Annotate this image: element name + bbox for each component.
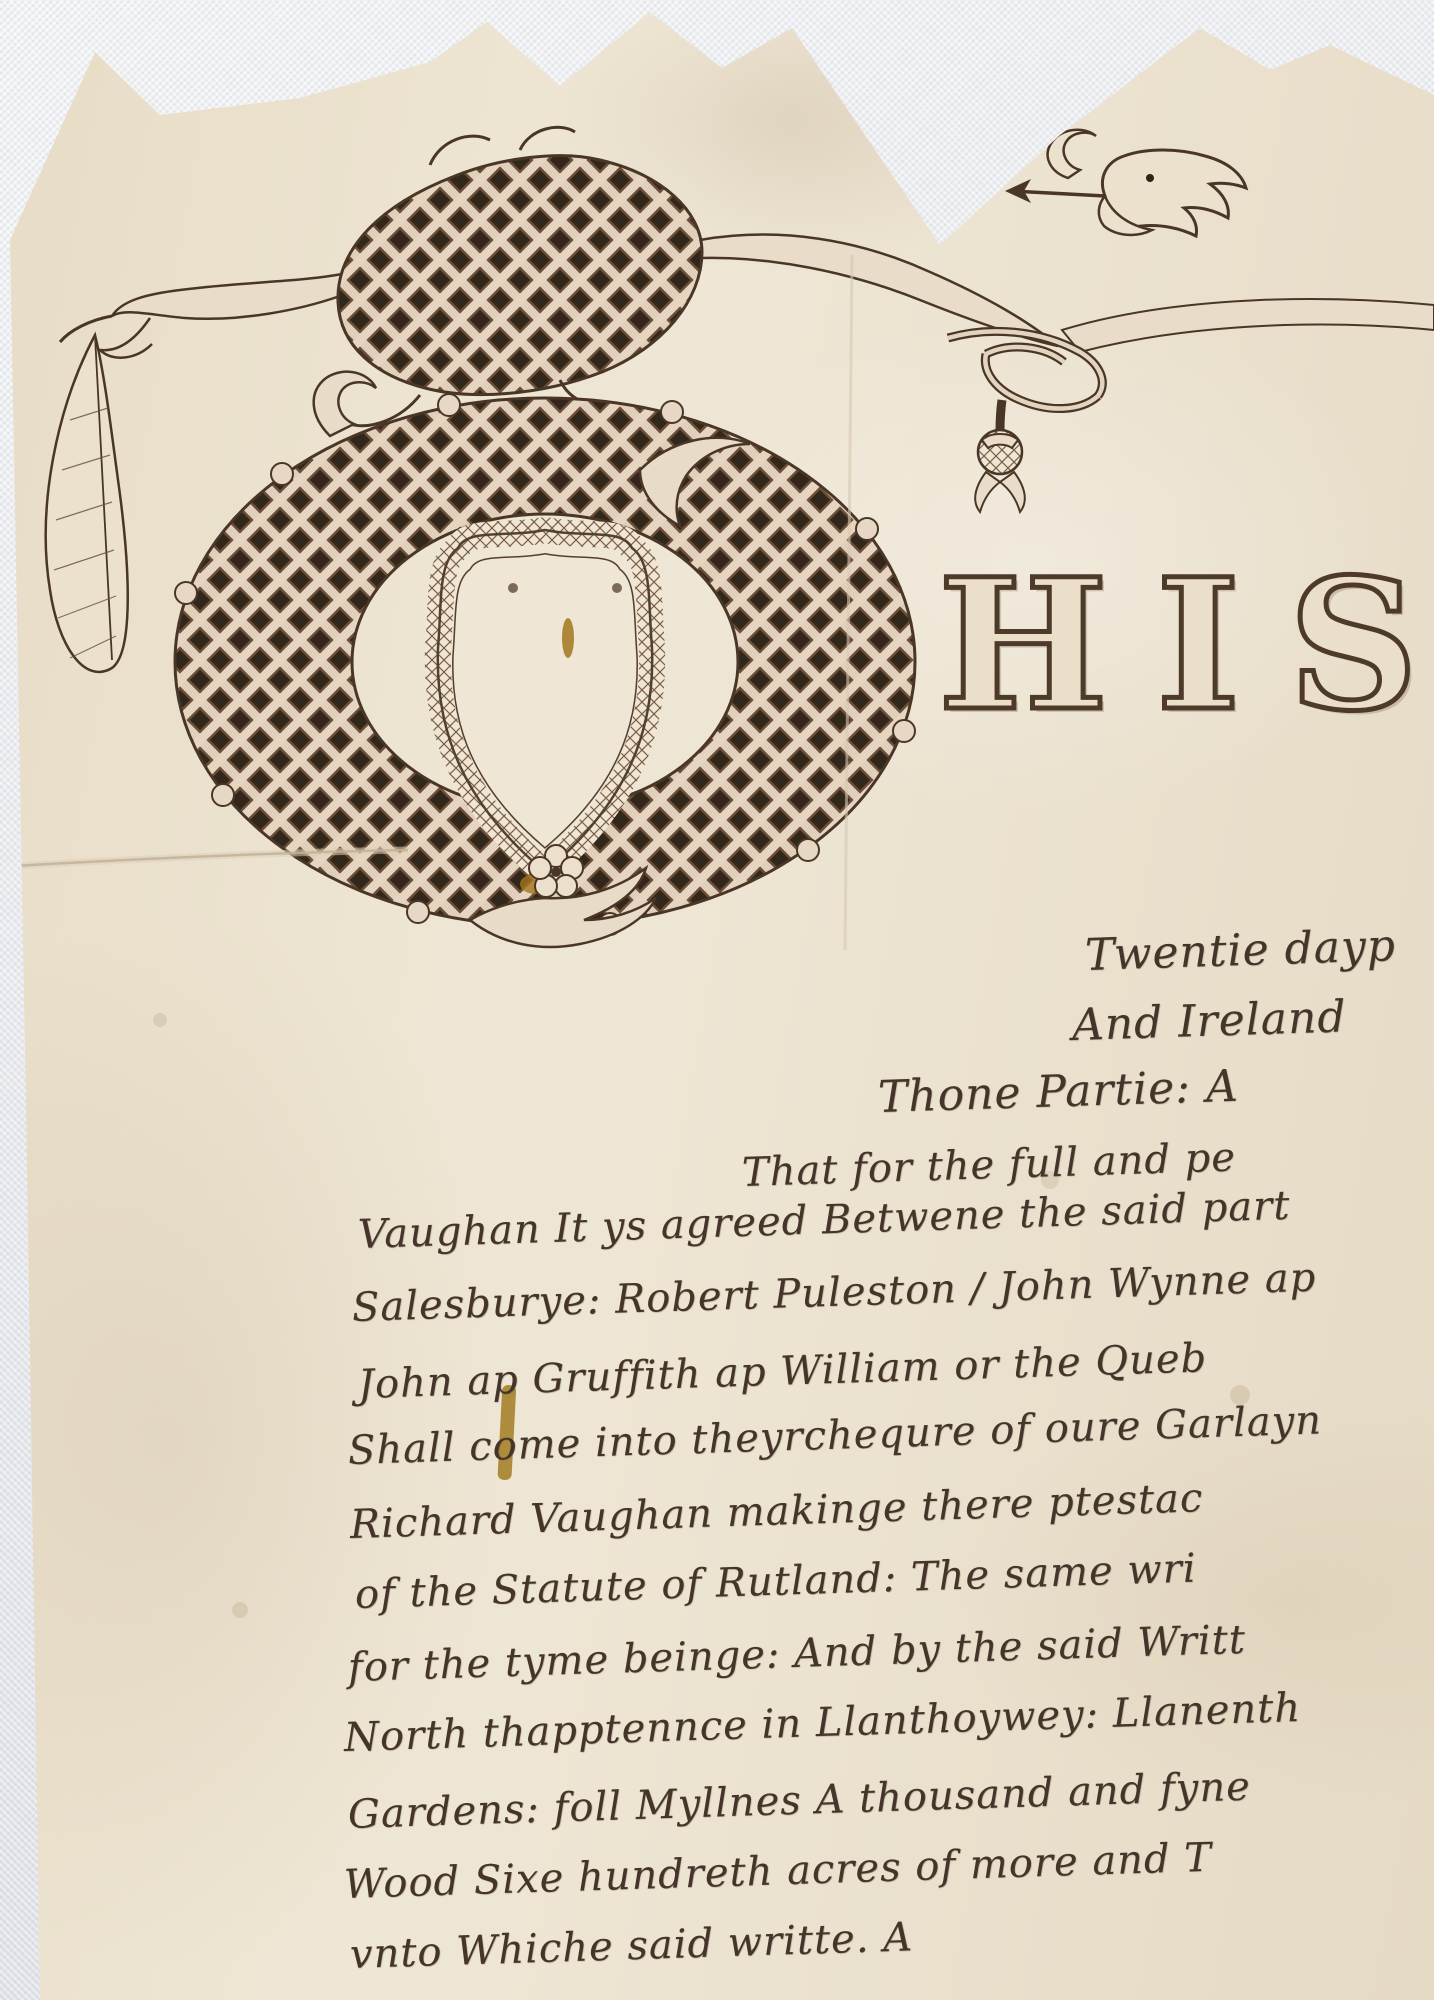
decorated-capitals: HIS: [938, 540, 1434, 751]
rope-tassel: [948, 331, 1102, 512]
parchment-deed: HIS Twentie dayp And Ireland Thone Parti…: [0, 0, 1434, 2000]
dragon-flourish: [1005, 130, 1246, 236]
feather-plume: [46, 335, 128, 672]
manuscript-line: And Ireland: [1071, 991, 1347, 1051]
manuscript-line: Twentie dayp: [1084, 920, 1396, 981]
gilt-stain: [562, 618, 574, 658]
photo-stage: HIS Twentie dayp And Ireland Thone Parti…: [0, 0, 1434, 2000]
